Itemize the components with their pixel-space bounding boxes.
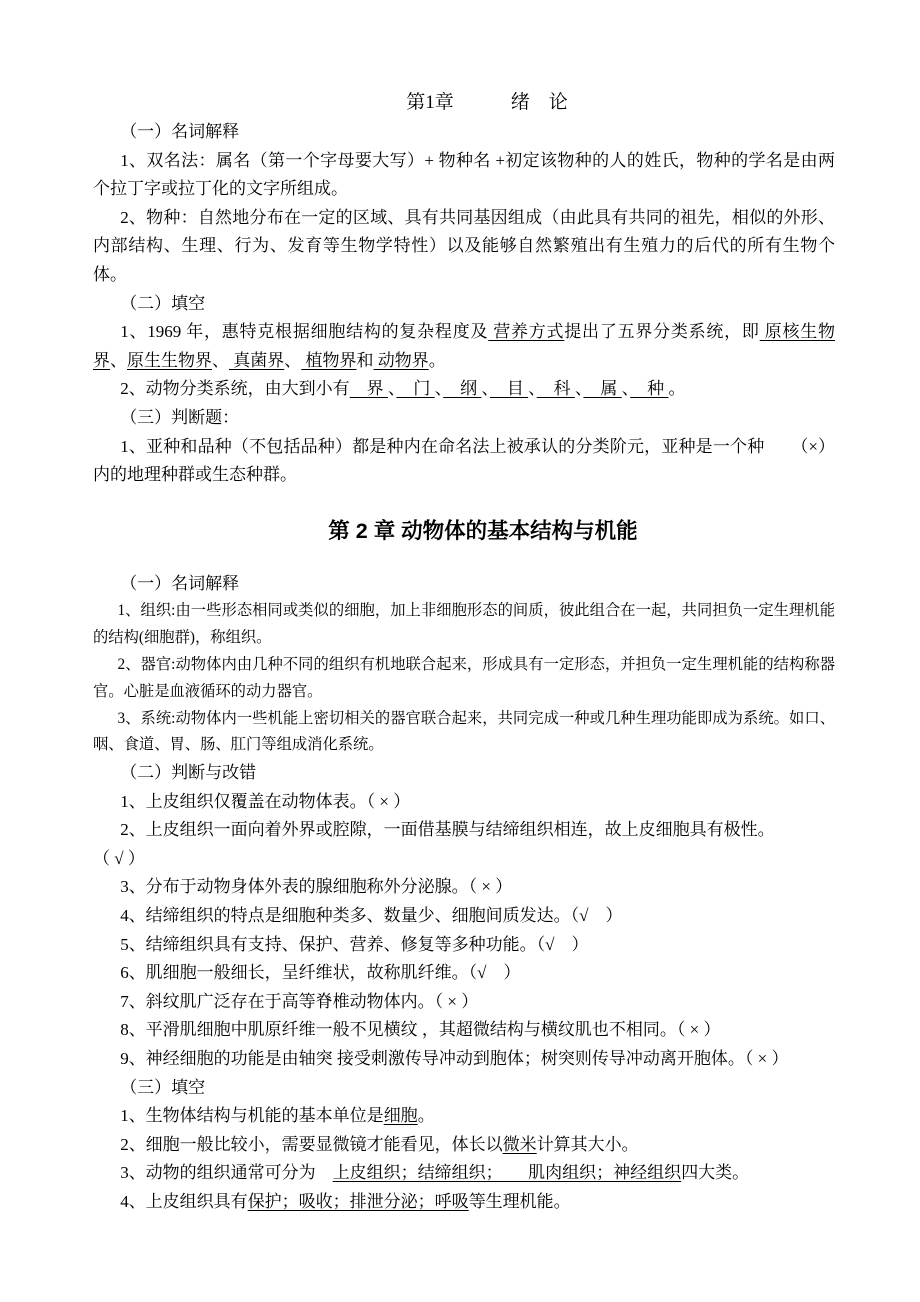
ch1-sec1-item2: 2、物种：自然地分布在一定的区域、具有共同基因组成（由此具有共同的祖先，相似的外… [93, 204, 835, 290]
text-run: 、 [110, 351, 127, 370]
text-run: 计算其大小。 [537, 1135, 639, 1154]
text-run: 、 [212, 351, 229, 370]
text-run: 1、上皮组织仅覆盖在动物体表。（ × ） [120, 792, 410, 811]
text-run: 、 [435, 379, 444, 398]
ch1-title: 第1章 绪 论 [93, 88, 835, 118]
text-run: 7、斜纹肌广泛存在于高等脊椎动物体内。（ × ） [120, 992, 478, 1011]
ch2-sec3-item1: 1、生物体结构与机能的基本单位是细胞。 [93, 1102, 835, 1131]
ch2-sec2-item2-answer: （ √ ） [93, 845, 835, 874]
ch2-sec3-item4: 4、上皮组织具有保护；吸收；排泄分泌；呼吸等生理机能。 [93, 1188, 835, 1217]
text-run: 、 [481, 379, 490, 398]
fill-in-blank-underline: 动物界 [374, 351, 429, 370]
text-run: 。 [418, 1106, 435, 1125]
ch2-sec2-item7: 7、斜纹肌广泛存在于高等脊椎动物体内。（ × ） [93, 988, 835, 1017]
text-run: 3、动物的组织通常可分为 [120, 1163, 333, 1182]
text-run: （ √ ） [93, 849, 145, 868]
ch2-sec2-item5: 5、结缔组织具有支持、保护、营养、修复等多种功能。（√ ） [93, 931, 835, 960]
ch2-sec3-item3: 3、动物的组织通常可分为 上皮组织；结缔组织； 肌肉组织；神经组织四大类。 [93, 1159, 835, 1188]
text-run: 1、1969 年，惠特克根据细胞结构的复杂程度及 [120, 322, 488, 341]
text-run: 。 [429, 351, 446, 370]
document-body: 第1章 绪 论（一）名词解释1、双名法：属名（第一个字母要大写）+ 物种名 +初… [93, 88, 835, 1217]
text-run: 和 [357, 351, 374, 370]
fill-in-blank-underline: 上皮组织；结缔组织； 肌肉组织；神经组织 [333, 1163, 682, 1182]
text-run: 2、物种：自然地分布在一定的区域、具有共同基因组成（由此具有共同的祖先，相似的外… [93, 208, 835, 284]
ch2-sec2-item2: 2、上皮组织一面向着外界或腔隙，一面借基膜与结缔组织相连，故上皮细胞具有极性。 [93, 816, 835, 845]
document-page: 第1章 绪 论（一）名词解释1、双名法：属名（第一个字母要大写）+ 物种名 +初… [0, 0, 920, 1302]
text-run: 2、动物分类系统，由大到小有 [120, 379, 350, 398]
text-run: 等生理机能。 [469, 1192, 571, 1211]
ch2-sec3-header: （三）填空 [93, 1074, 835, 1103]
ch1-sec2-item1: 1、1969 年，惠特克根据细胞结构的复杂程度及 营养方式提出了五界分类系统，即… [93, 318, 835, 375]
ch2-sec2-item6: 6、肌细胞一般细长，呈纤维状，故称肌纤维。（√ ） [93, 959, 835, 988]
ch2-sec2-item1: 1、上皮组织仅覆盖在动物体表。（ × ） [93, 788, 835, 817]
text-run: 2、上皮组织一面向着外界或腔隙，一面借基膜与结缔组织相连，故上皮细胞具有极性。 [120, 820, 775, 839]
text-run: 第1章 绪 论 [406, 92, 568, 113]
text-run: （二）判断与改错 [120, 763, 256, 782]
ch2-sec1-item1: 1、组织:由一些形态相同或类似的细胞，加上非细胞形态的间质，彼此组合在一起，共同… [93, 598, 835, 652]
text-run: 2、细胞一般比较小，需要显微镜才能看见，体长以 [120, 1135, 503, 1154]
fill-in-blank-underline: 界 [350, 379, 388, 398]
fill-in-blank-underline: 属 [583, 379, 621, 398]
text-run: 3、系统:动物体内一些机能上密切相关的器官联合起来，共同完成一种或几种生理功能即… [93, 710, 835, 754]
text-run: 1、组织:由一些形态相同或类似的细胞，加上非细胞形态的间质，彼此组合在一起，共同… [93, 602, 835, 646]
ch2-sec2-item3: 3、分布于动物身体外表的腺细胞称外分泌腺。（ × ） [93, 873, 835, 902]
text-run: 1、生物体结构与机能的基本单位是 [120, 1106, 384, 1125]
text-run: 9、神经细胞的功能是由轴突 接受刺激传导冲动到胞体；树突则传导冲动离开胞体。（ … [120, 1049, 788, 1068]
text-run: （二）填空 [120, 294, 205, 313]
text-run: 6、肌细胞一般细长，呈纤维状，故称肌纤维。（√ ） [120, 963, 520, 982]
ch2-sec3-item2: 2、细胞一般比较小，需要显微镜才能看见，体长以微米计算其大小。 [93, 1131, 835, 1160]
text-run: （三）填空 [120, 1078, 205, 1097]
text-run: 3、分布于动物身体外表的腺细胞称外分泌腺。（ × ） [120, 877, 512, 896]
fill-in-blank-underline: 细胞 [384, 1106, 418, 1125]
text-run: （一）名词解释 [120, 574, 239, 593]
ch2-sec1-item3: 3、系统:动物体内一些机能上密切相关的器官联合起来，共同完成一种或几种生理功能即… [93, 706, 835, 760]
text-run: 提出了五界分类系统，即 [564, 322, 759, 341]
ch1-sec2-header: （二）填空 [93, 290, 835, 319]
text-run: 8、平滑肌细胞中肌原纤维一般不见横纹 ，其超微结构与横纹肌也不相同。（ × ） [120, 1020, 720, 1039]
fill-in-blank-underline: 目 [490, 379, 528, 398]
fill-in-blank-underline: 门 [396, 379, 434, 398]
fill-in-blank-underline: 植物界 [301, 351, 356, 370]
text-run: 2、器官:动物体内由几种不同的组织有机地联合起来，形成具有一定形态，并担负一定生… [93, 656, 835, 700]
ch2-sec1-item2: 2、器官:动物体内由几种不同的组织有机地联合起来，形成具有一定形态，并担负一定生… [93, 652, 835, 706]
fill-in-blank-underline: 营养方式 [488, 322, 564, 341]
ch2-sec2-item4: 4、结缔组织的特点是细胞种类多、数量少、细胞间质发达。（√ ） [93, 902, 835, 931]
fill-in-blank-underline: 种 [630, 379, 668, 398]
text-run: 4、上皮组织具有 [120, 1192, 248, 1211]
text-run: 4、结缔组织的特点是细胞种类多、数量少、细胞间质发达。（√ ） [120, 906, 622, 925]
fill-in-blank-underline: 科 [537, 379, 575, 398]
text-run: （三）判断题： [120, 408, 239, 427]
ch1-sec3-header: （三）判断题： [93, 404, 835, 433]
ch1-sec1-header: （一）名词解释 [93, 118, 835, 147]
ch2-sec2-item9: 9、神经细胞的功能是由轴突 接受刺激传导冲动到胞体；树突则传导冲动离开胞体。（ … [93, 1045, 835, 1074]
ch1-sec3-item1-answer-mark: （×） [764, 433, 835, 462]
ch2-title: 第 2 章 动物体的基本结构与机能 [93, 516, 835, 546]
fill-in-blank-underline: 保护；吸收；排泄分泌；呼吸 [248, 1192, 469, 1211]
text-run: 。 [668, 379, 685, 398]
fill-in-blank-underline: 原生生物界 [127, 351, 212, 370]
text-run: 第 2 章 动物体的基本结构与机能 [328, 519, 637, 543]
ch2-sec1-header: （一）名词解释 [93, 570, 835, 599]
fill-in-blank-underline: 真菌界 [229, 351, 284, 370]
ch1-sec2-item2: 2、动物分类系统，由大到小有 界 、 门 、 纲 、 目 、 科 、 属 、 种… [93, 375, 835, 404]
text-run: 1、亚种和品种（不包括品种）都是种内在命名法上被承认的分类阶元，亚种是一个种内的… [93, 437, 764, 485]
ch1-sec1-item1: 1、双名法：属名（第一个字母要大写）+ 物种名 +初定该物种的人的姓氏，物种的学… [93, 147, 835, 204]
fill-in-blank-underline: 微米 [503, 1135, 537, 1154]
ch2-sec2-item8: 8、平滑肌细胞中肌原纤维一般不见横纹 ，其超微结构与横纹肌也不相同。（ × ） [93, 1016, 835, 1045]
fill-in-blank-underline: 纲 [443, 379, 481, 398]
text-run: 、 [528, 379, 537, 398]
text-run: 、 [622, 379, 631, 398]
text-run: 、 [284, 351, 301, 370]
ch2-sec2-header: （二）判断与改错 [93, 759, 835, 788]
text-run: 5、结缔组织具有支持、保护、营养、修复等多种功能。（√ ） [120, 935, 588, 954]
text-run: 四大类。 [681, 1163, 749, 1182]
text-run: （一）名词解释 [120, 122, 239, 141]
text-run: 1、双名法：属名（第一个字母要大写）+ 物种名 +初定该物种的人的姓氏，物种的学… [93, 151, 835, 199]
ch1-sec3-item1: （×）1、亚种和品种（不包括品种）都是种内在命名法上被承认的分类阶元，亚种是一个… [93, 433, 835, 490]
